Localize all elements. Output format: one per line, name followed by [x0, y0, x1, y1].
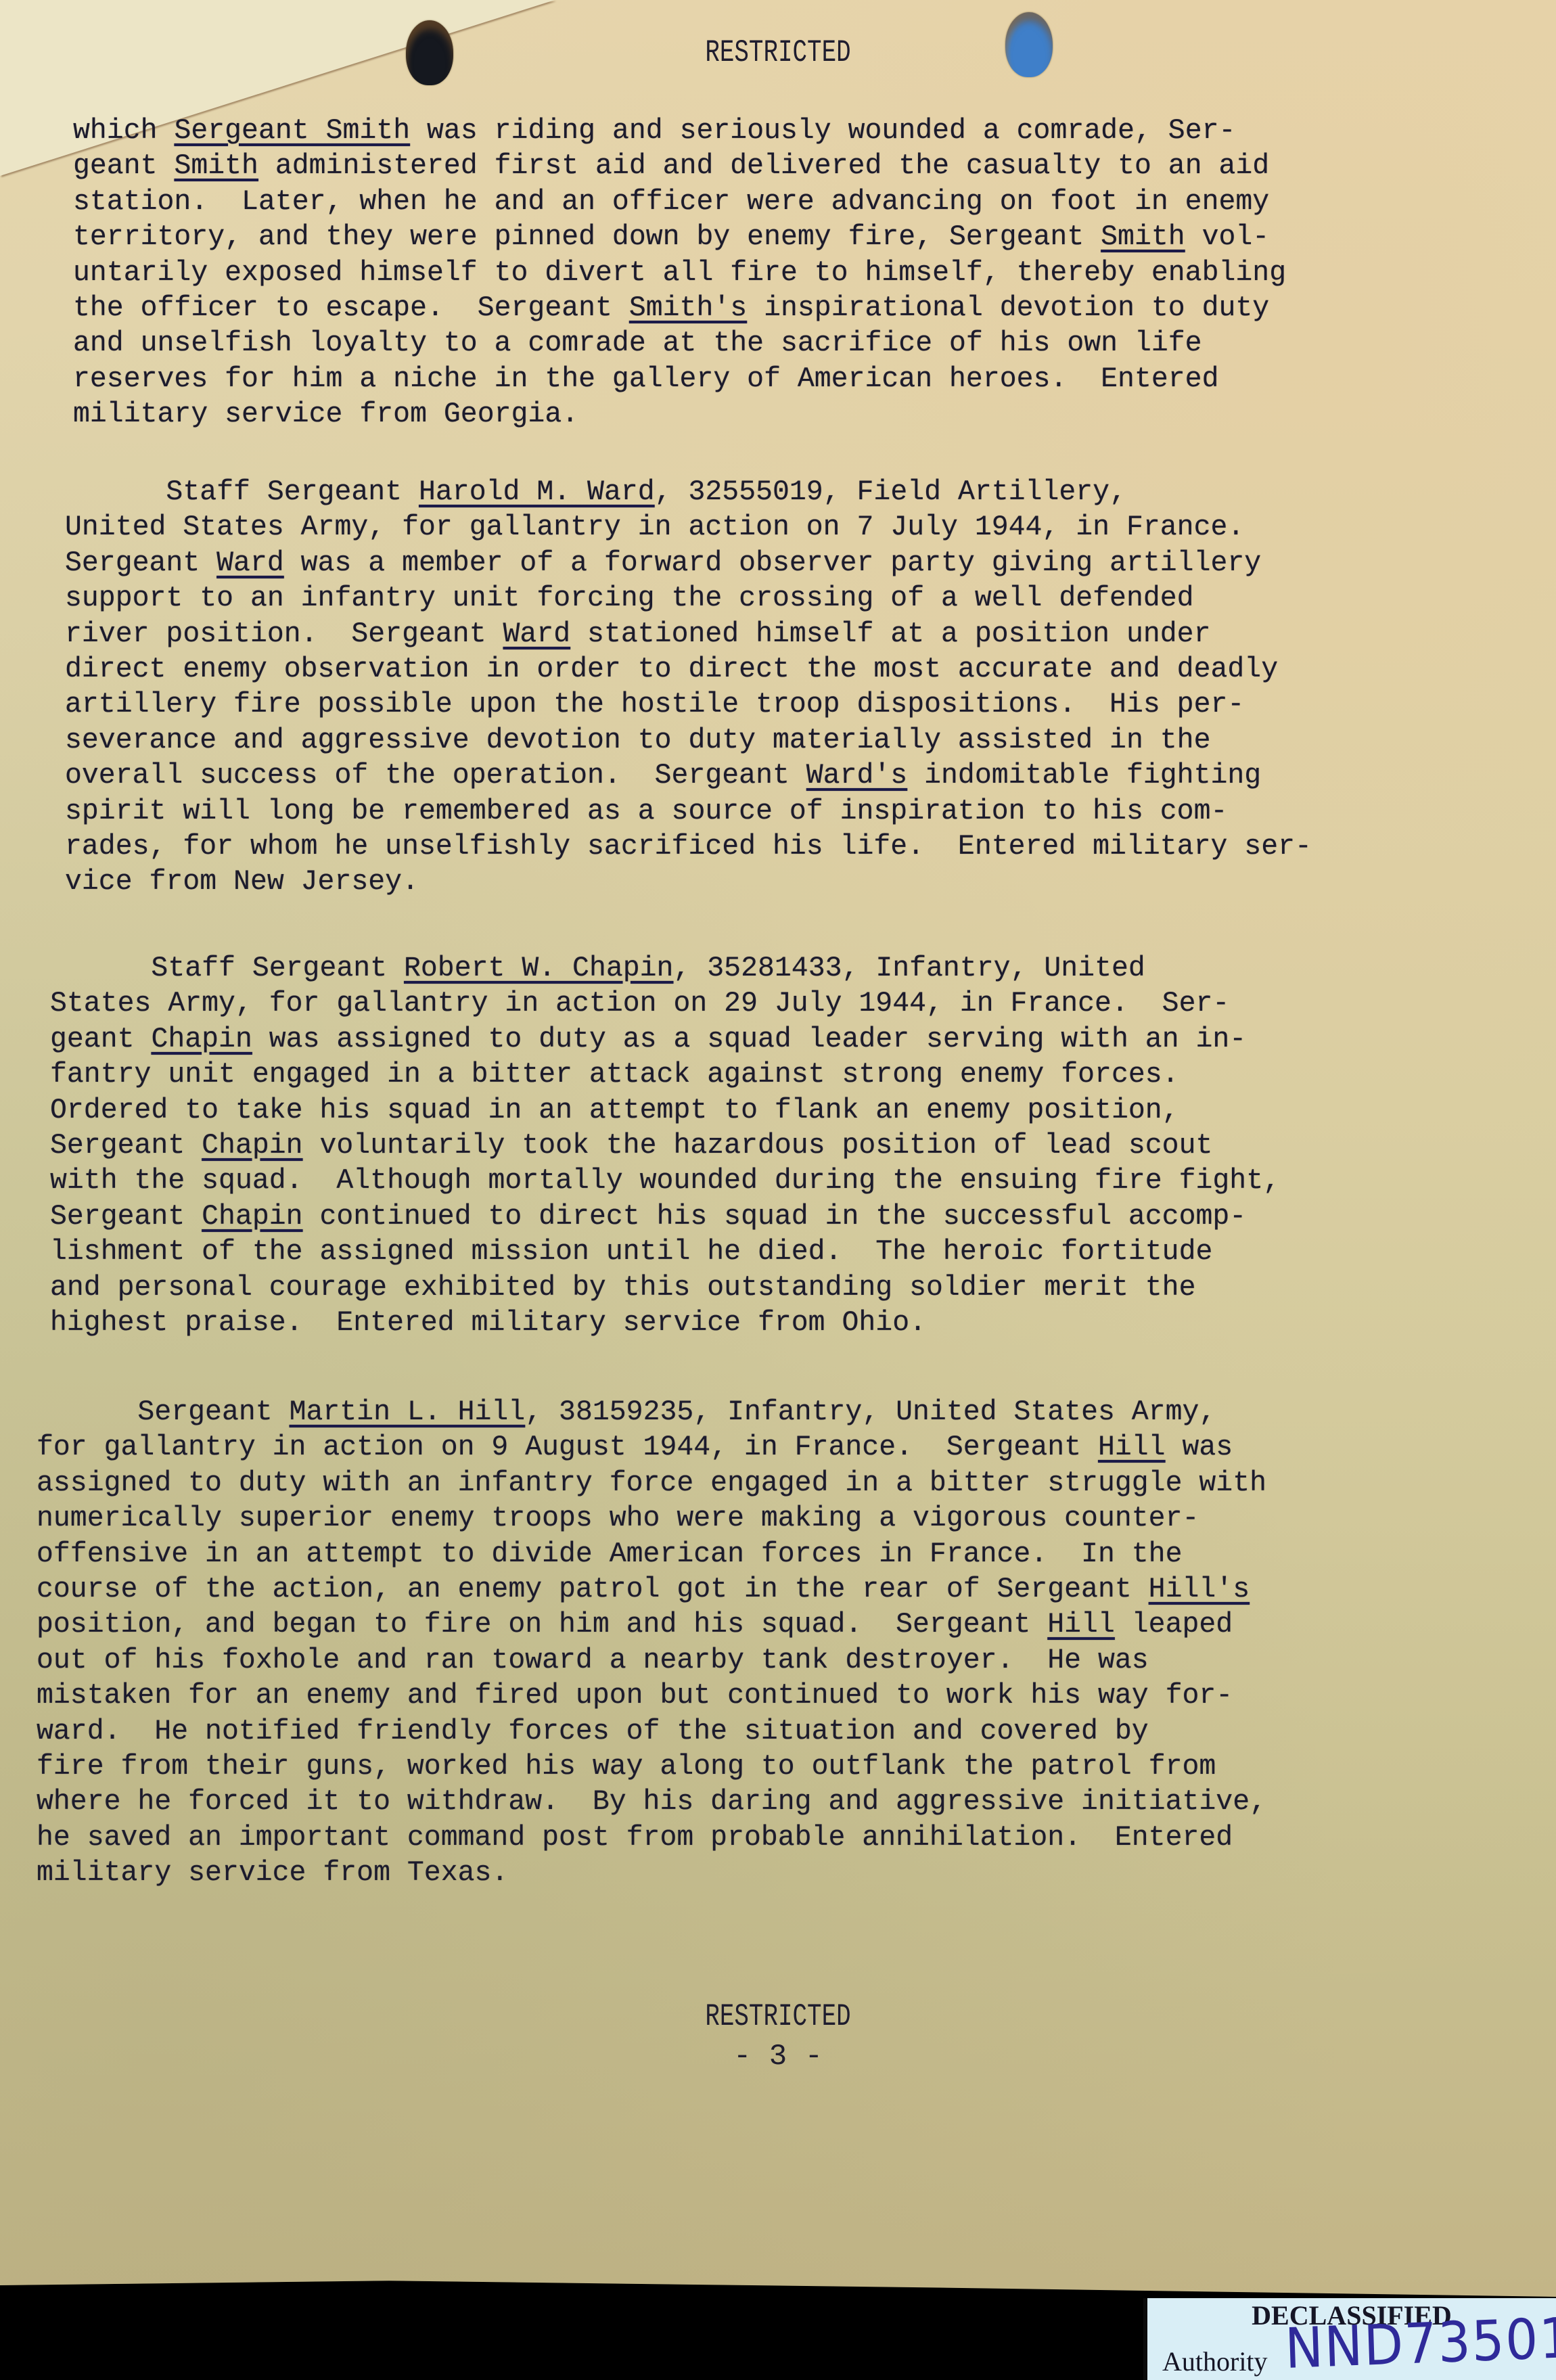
text-run: spirit will long be remembered as a sour… — [65, 796, 1227, 827]
underlined-name: Ward's — [806, 760, 907, 792]
citation-chapin: Staff Sergeant Robert W. Chapin, 3528143… — [50, 951, 1280, 1341]
text-run: station. Later, when he and an officer w… — [73, 186, 1269, 218]
text-run: geant — [50, 1024, 151, 1055]
text-run: military service from Georgia. — [73, 398, 578, 430]
text-line: Sergeant Martin L. Hill, 38159235, Infan… — [37, 1395, 1266, 1430]
text-line: numerically superior enemy troops who we… — [37, 1501, 1266, 1536]
text-line: ward. He notified friendly forces of the… — [37, 1714, 1266, 1749]
text-run: Ordered to take his squad in an attempt … — [50, 1095, 1179, 1126]
text-run: was riding and seriously wounded a comra… — [410, 115, 1235, 147]
underlined-name: Smith — [174, 150, 258, 182]
underlined-name: Chapin — [151, 1024, 252, 1055]
text-run: reserves for him a niche in the gallery … — [73, 363, 1218, 395]
text-run: for gallantry in action on 9 August 1944… — [37, 1432, 1098, 1463]
text-run: , 38159235, Infantry, United States Army… — [525, 1396, 1216, 1428]
text-run: assigned to duty with an infantry force … — [37, 1467, 1266, 1499]
text-line: Sergeant Chapin voluntarily took the haz… — [50, 1128, 1280, 1164]
text-line: military service from Texas. — [37, 1856, 1266, 1891]
page-number: - 3 - — [0, 2040, 1556, 2074]
text-line: States Army, for gallantry in action on … — [50, 986, 1280, 1022]
text-line: Sergeant Chapin continued to direct his … — [50, 1199, 1280, 1235]
text-line: course of the action, an enemy patrol go… — [37, 1572, 1266, 1607]
text-run: continued to direct his squad in the suc… — [303, 1201, 1247, 1233]
text-run: out of his foxhole and ran toward a near… — [37, 1645, 1149, 1676]
text-line: station. Later, when he and an officer w… — [73, 185, 1286, 220]
text-run: highest praise. Entered military service… — [50, 1307, 926, 1339]
text-run: support to an infantry unit forcing the … — [65, 582, 1194, 614]
underlined-name: Smith — [1101, 221, 1185, 253]
text-line: position, and began to fire on him and h… — [37, 1607, 1266, 1643]
underlined-name: Robert W. Chapin — [404, 953, 673, 984]
text-run: which — [73, 115, 174, 147]
text-run: stationed himself at a position under — [570, 618, 1210, 650]
text-run: United States Army, for gallantry in act… — [65, 511, 1244, 543]
text-run: , 35281433, Infantry, United — [673, 953, 1145, 984]
text-line: highest praise. Entered military service… — [50, 1306, 1280, 1341]
text-run: inspirational devotion to duty — [747, 292, 1269, 324]
text-line: assigned to duty with an infantry force … — [37, 1466, 1266, 1501]
text-run: position, and began to fire on him and h… — [37, 1609, 1047, 1641]
text-run: voluntarily took the hazardous position … — [303, 1130, 1213, 1162]
underlined-name: Chapin — [202, 1201, 302, 1233]
document-body: which Sergeant Smith was riding and seri… — [0, 0, 1556, 212]
text-run: untarily exposed himself to divert all f… — [73, 257, 1286, 289]
text-run: Sergeant — [50, 1201, 202, 1233]
text-run: severance and aggressive devotion to dut… — [65, 725, 1210, 756]
text-line: military service from Georgia. — [73, 397, 1286, 432]
text-run: artillery fire possible upon the hostile… — [65, 689, 1244, 720]
text-line: United States Army, for gallantry in act… — [65, 510, 1312, 545]
text-run: numerically superior enemy troops who we… — [37, 1503, 1199, 1534]
text-line: he saved an important command post from … — [37, 1821, 1266, 1856]
text-line: mistaken for an enemy and fired upon but… — [37, 1678, 1266, 1714]
text-run: administered first aid and delivered the… — [258, 150, 1269, 182]
text-line: geant Chapin was assigned to duty as a s… — [50, 1022, 1280, 1057]
document-page: RESTRICTED which Sergeant Smith was ridi… — [0, 0, 1556, 2297]
text-run: overall success of the operation. Sergea… — [65, 760, 806, 792]
text-line: spirit will long be remembered as a sour… — [65, 794, 1312, 829]
text-run: offensive in an attempt to divide Americ… — [37, 1538, 1182, 1570]
text-line: the officer to escape. Sergeant Smith's … — [73, 291, 1286, 326]
text-run: where he forced it to withdraw. By his d… — [37, 1786, 1266, 1818]
text-line: direct enemy observation in order to dir… — [65, 652, 1312, 687]
text-run: Staff Sergeant — [65, 476, 419, 508]
text-line: out of his foxhole and ran toward a near… — [37, 1643, 1266, 1678]
underlined-name: Ward — [216, 547, 284, 579]
text-run: vice from New Jersey. — [65, 866, 419, 898]
text-line: geant Smith administered first aid and d… — [73, 149, 1286, 184]
text-run: lishment of the assigned mission until h… — [50, 1236, 1212, 1268]
text-line: Staff Sergeant Harold M. Ward, 32555019,… — [65, 475, 1312, 510]
text-run: leaped — [1115, 1609, 1233, 1641]
underlined-name: Ward — [503, 618, 571, 650]
text-line: Ordered to take his squad in an attempt … — [50, 1093, 1280, 1128]
underlined-name: Harold M. Ward — [419, 476, 655, 508]
text-line: vice from New Jersey. — [65, 865, 1312, 900]
stamp-authority-label: Authority — [1162, 2345, 1268, 2377]
text-line: fire from their guns, worked his way alo… — [37, 1749, 1266, 1785]
text-run: fire from their guns, worked his way alo… — [37, 1751, 1216, 1783]
text-run: vol- — [1185, 221, 1270, 253]
underlined-name: Sergeant Smith — [174, 115, 410, 147]
text-run: was — [1166, 1432, 1233, 1463]
text-run: Sergeant — [65, 547, 216, 579]
text-line: for gallantry in action on 9 August 1944… — [37, 1430, 1266, 1465]
underlined-name: Chapin — [202, 1130, 302, 1162]
text-run: Sergeant — [37, 1396, 290, 1428]
stamp-authority-number: NND735017 — [1284, 2305, 1556, 2380]
text-run: military service from Texas. — [37, 1857, 508, 1889]
underlined-name: Hill — [1047, 1609, 1115, 1641]
text-run: territory, and they were pinned down by … — [73, 221, 1101, 253]
text-line: and unselfish loyalty to a comrade at th… — [73, 326, 1286, 361]
text-line: Sergeant Ward was a member of a forward … — [65, 546, 1312, 581]
text-line: with the squad. Although mortally wounde… — [50, 1164, 1280, 1199]
restricted-footer: RESTRICTED — [171, 1999, 1385, 2034]
text-line: which Sergeant Smith was riding and seri… — [73, 114, 1286, 149]
text-line: where he forced it to withdraw. By his d… — [37, 1785, 1266, 1820]
text-line: untarily exposed himself to divert all f… — [73, 256, 1286, 291]
underlined-name: Martin L. Hill — [290, 1396, 526, 1428]
text-run: river position. Sergeant — [65, 618, 503, 650]
text-run: the officer to escape. Sergeant — [73, 292, 629, 324]
citation-ward: Staff Sergeant Harold M. Ward, 32555019,… — [65, 475, 1312, 900]
underlined-name: Smith's — [629, 292, 747, 324]
text-line: river position. Sergeant Ward stationed … — [65, 617, 1312, 652]
text-line: support to an infantry unit forcing the … — [65, 581, 1312, 616]
declassified-stamp: DECLASSIFIED Authority NND735017 — [1143, 2298, 1556, 2380]
text-line: overall success of the operation. Sergea… — [65, 758, 1312, 794]
text-line: rades, for whom he unselfishly sacrifice… — [65, 829, 1312, 865]
text-run: and personal courage exhibited by this o… — [50, 1272, 1195, 1304]
text-line: artillery fire possible upon the hostile… — [65, 687, 1312, 723]
text-line: fantry unit engaged in a bitter attack a… — [50, 1057, 1280, 1093]
text-line: severance and aggressive devotion to dut… — [65, 723, 1312, 758]
text-line: and personal courage exhibited by this o… — [50, 1271, 1280, 1306]
text-run: geant — [73, 150, 174, 182]
underlined-name: Hill — [1098, 1432, 1166, 1463]
text-run: States Army, for gallantry in action on … — [50, 988, 1229, 1020]
text-run: course of the action, an enemy patrol go… — [37, 1574, 1149, 1605]
text-line: offensive in an attempt to divide Americ… — [37, 1537, 1266, 1572]
text-run: , 32555019, Field Artillery, — [655, 476, 1126, 508]
text-run: fantry unit engaged in a bitter attack a… — [50, 1059, 1179, 1091]
text-run: direct enemy observation in order to dir… — [65, 654, 1278, 685]
text-line: reserves for him a niche in the gallery … — [73, 362, 1286, 397]
text-run: he saved an important command post from … — [37, 1822, 1233, 1854]
text-run: was assigned to duty as a squad leader s… — [252, 1024, 1246, 1055]
text-run: was a member of a forward observer party… — [284, 547, 1261, 579]
citation-smith: which Sergeant Smith was riding and seri… — [73, 114, 1286, 433]
text-line: lishment of the assigned mission until h… — [50, 1235, 1280, 1270]
text-line: Staff Sergeant Robert W. Chapin, 3528143… — [50, 951, 1280, 986]
underlined-name: Hill's — [1149, 1574, 1250, 1605]
text-run: and unselfish loyalty to a comrade at th… — [73, 327, 1202, 359]
text-run: Staff Sergeant — [50, 953, 404, 984]
text-run: rades, for whom he unselfishly sacrifice… — [65, 831, 1312, 863]
text-run: mistaken for an enemy and fired upon but… — [37, 1680, 1233, 1712]
citation-hill: Sergeant Martin L. Hill, 38159235, Infan… — [37, 1395, 1266, 1891]
text-run: indomitable fighting — [907, 760, 1261, 792]
text-run: with the squad. Although mortally wounde… — [50, 1165, 1280, 1197]
text-line: territory, and they were pinned down by … — [73, 220, 1286, 255]
text-run: ward. He notified friendly forces of the… — [37, 1716, 1149, 1747]
text-run: Sergeant — [50, 1130, 202, 1162]
